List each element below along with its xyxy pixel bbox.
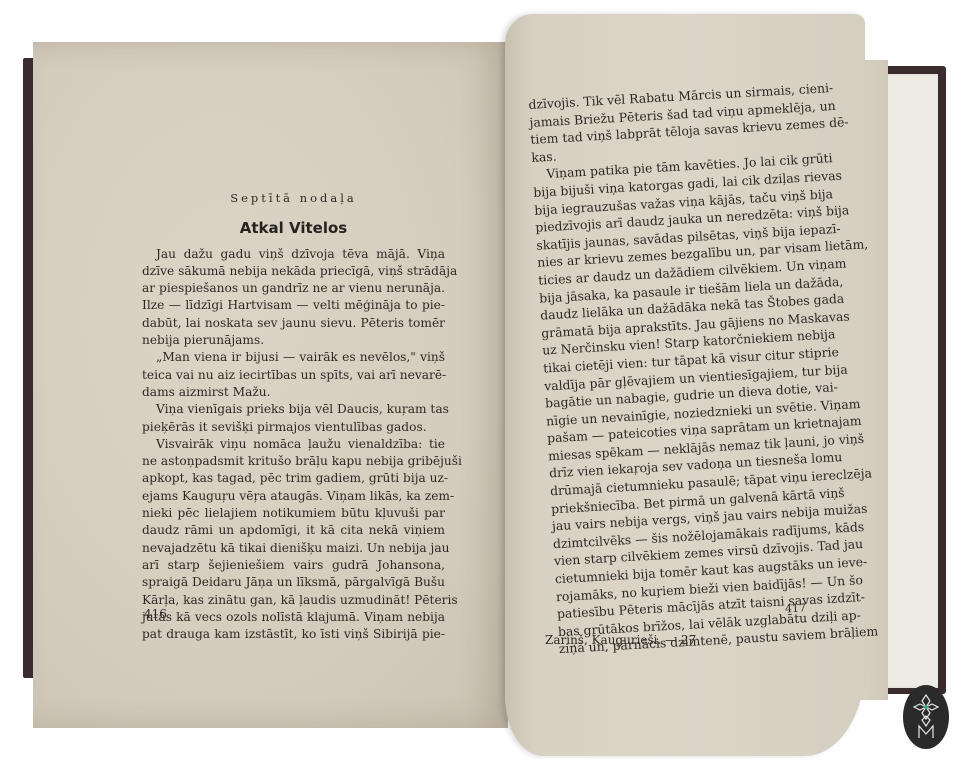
text-line: nebija pierunājams. — [142, 332, 445, 349]
text-line: dams aizmirst Mažu. — [142, 384, 445, 401]
right-page-body: dzīvojis. Tik vēl Rabatu Mārcis un sirma… — [528, 81, 827, 658]
text-line: Jau dažu gadu viņš dzīvoja tēva mājā. Vi… — [142, 246, 445, 263]
text-line: ejams Kauguŗu vēŗa ataugās. Viņam likās,… — [142, 488, 445, 505]
text-line: Viņa vienīgais prieks bija vēl Daucis, k… — [142, 401, 445, 418]
chapter-label: Septītā nodaļa — [142, 190, 445, 207]
left-page-body: Jau dažu gadu viņš dzīvoja tēva mājā. Vi… — [142, 246, 445, 644]
left-page-text: Septītā nodaļa Atkal Vitelos Jau dažu ga… — [142, 190, 445, 643]
monogram-logo-icon — [909, 692, 943, 742]
text-line: ar piespiešanos un gandrīz ne ar vienu n… — [142, 280, 445, 297]
text-line: pieķērās it sevišķi pirmajos vientulības… — [142, 419, 445, 436]
text-line: nevajadzētu kā tikai dienišķu maizi. Un … — [142, 540, 445, 557]
text-line: apkopt, kas tagad, pēc trim gadiem, grūt… — [142, 470, 445, 487]
printer-signature: Zariņš, Kaugurieši. — 27 — [545, 633, 696, 647]
text-line: pat drauga kam izstāstīt, ko īsti viņš S… — [142, 626, 445, 643]
text-line: dabūt, lai noskata sev jaunu sievu. Pēte… — [142, 315, 445, 332]
text-line: dzīve sākumā nebija nekāda priecīgā, viņ… — [142, 263, 445, 280]
text-line: arī starp šejieniešiem vairs gudrā Johan… — [142, 557, 445, 574]
text-line: Kārļa, kas zinātu gan, kā ļaudis uzmudin… — [142, 592, 445, 609]
endpaper-right — [882, 74, 938, 688]
text-line: „Man viena ir bijusi — vairāk es nevēlos… — [142, 349, 445, 366]
page-number-right: 417 — [785, 601, 807, 615]
chapter-title: Atkal Vitelos — [142, 220, 445, 237]
text-line: jutās kā vecs ozols nolīstā klajumā. Viņ… — [142, 609, 445, 626]
text-line: Ilze — līdzīgi Hartvisam — velti mēģināj… — [142, 297, 445, 314]
text-line: ne astoņpadsmit kritušo brāļu kapu nebij… — [142, 453, 445, 470]
text-line: teica vai nu aiz iecirtības un spīts, va… — [142, 367, 445, 384]
watermark-logo — [903, 685, 949, 749]
text-line: spraigā Deidaru Jāņa un līksmā, pārgalvī… — [142, 574, 445, 591]
text-line: Visvairāk viņu nomāca ļaužu vienaldzība:… — [142, 436, 445, 453]
text-line: daudz rāmi un apdomīgi, it kā cita nekā … — [142, 522, 445, 539]
text-line: nieki pēc lielajiem notikumiem būtu kļuv… — [142, 505, 445, 522]
right-page-text: dzīvojis. Tik vēl Rabatu Mārcis un sirma… — [528, 81, 827, 658]
page-number-left: 416 — [144, 607, 167, 621]
